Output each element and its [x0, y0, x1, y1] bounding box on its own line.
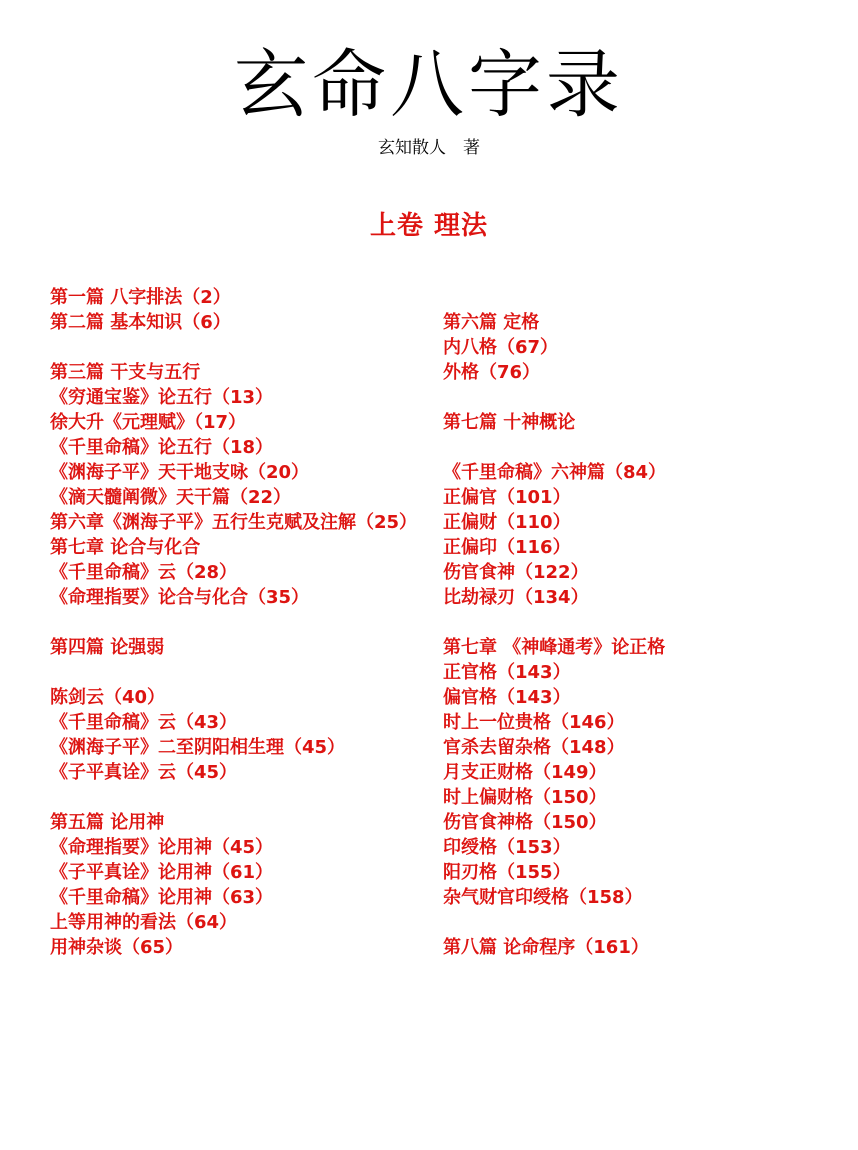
- toc-entry: 第七篇 十神概论: [443, 410, 843, 435]
- document-page: 玄命八字录 玄知散人 著 上卷 理法 第一篇 八字排法（2）第二篇 基本知识（6…: [0, 0, 858, 1150]
- toc-entry: 《千里命稿》论用神（63）: [50, 885, 450, 910]
- toc-blank-line: [50, 785, 450, 810]
- toc-blank-line: [443, 285, 843, 310]
- toc-entry: 用神杂谈（65）: [50, 935, 450, 960]
- toc-entry: 时上偏财格（150）: [443, 785, 843, 810]
- toc-entry: 《渊海子平》二至阴阳相生理（45）: [50, 735, 450, 760]
- toc-entry: 《渊海子平》天干地支咏（20）: [50, 460, 450, 485]
- toc-entry: 印绶格（153）: [443, 835, 843, 860]
- toc-entry: 正偏财（110）: [443, 510, 843, 535]
- toc-entry: 外格（76）: [443, 360, 843, 385]
- toc-blank-line: [443, 435, 843, 460]
- toc-blank-line: [50, 610, 450, 635]
- toc-entry: 偏官格（143）: [443, 685, 843, 710]
- volume-heading: 上卷 理法: [0, 206, 858, 246]
- toc-entry: 正偏印（116）: [443, 535, 843, 560]
- toc-entry: 比劫禄刃（134）: [443, 585, 843, 610]
- toc-blank-line: [50, 335, 450, 360]
- toc-entry: 第七章 论合与化合: [50, 535, 450, 560]
- toc-column-right: 第六篇 定格内八格（67）外格（76） 第七篇 十神概论 《千里命稿》六神篇（8…: [443, 285, 843, 960]
- toc-blank-line: [443, 610, 843, 635]
- toc-entry: 《子平真诠》论用神（61）: [50, 860, 450, 885]
- toc-entry: 《命理指要》论用神（45）: [50, 835, 450, 860]
- toc-entry: 时上一位贵格（146）: [443, 710, 843, 735]
- toc-entry: 月支正财格（149）: [443, 760, 843, 785]
- toc-entry: 内八格（67）: [443, 335, 843, 360]
- toc-entry: 第七章 《神峰通考》论正格: [443, 635, 843, 660]
- toc-entry: 第六篇 定格: [443, 310, 843, 335]
- toc-entry: 第一篇 八字排法（2）: [50, 285, 450, 310]
- toc-entry: 徐大升《元理赋》（17）: [50, 410, 450, 435]
- toc-entry: 第四篇 论强弱: [50, 635, 450, 660]
- toc-entry: 《子平真诠》云（45）: [50, 760, 450, 785]
- author-line: 玄知散人 著: [0, 134, 858, 162]
- toc-entry: 杂气财官印绶格（158）: [443, 885, 843, 910]
- book-title: 玄命八字录: [0, 34, 858, 136]
- toc-blank-line: [443, 385, 843, 410]
- toc-blank-line: [50, 660, 450, 685]
- toc-entry: 《命理指要》论合与化合（35）: [50, 585, 450, 610]
- toc-entry: 第三篇 干支与五行: [50, 360, 450, 385]
- toc-column-left: 第一篇 八字排法（2）第二篇 基本知识（6） 第三篇 干支与五行《穷通宝鉴》论五…: [50, 285, 450, 960]
- toc-entry: 阳刃格（155）: [443, 860, 843, 885]
- toc-entry: 《千里命稿》云（43）: [50, 710, 450, 735]
- toc-entry: 正官格（143）: [443, 660, 843, 685]
- toc-entry: 《穷通宝鉴》论五行（13）: [50, 385, 450, 410]
- toc-entry: 第六章《渊海子平》五行生克赋及注解（25）: [50, 510, 450, 535]
- toc-entry: 官杀去留杂格（148）: [443, 735, 843, 760]
- toc-entry: 《千里命稿》六神篇（84）: [443, 460, 843, 485]
- toc-entry: 正偏官（101）: [443, 485, 843, 510]
- toc-entry: 第八篇 论命程序（161）: [443, 935, 843, 960]
- toc-entry: 陈剑云（40）: [50, 685, 450, 710]
- toc-entry: 第二篇 基本知识（6）: [50, 310, 450, 335]
- toc-entry: 伤官食神（122）: [443, 560, 843, 585]
- toc-entry: 《千里命稿》论五行（18）: [50, 435, 450, 460]
- toc-blank-line: [443, 910, 843, 935]
- toc-entry: 《滴天髓阐微》天干篇（22）: [50, 485, 450, 510]
- toc-entry: 《千里命稿》云（28）: [50, 560, 450, 585]
- toc-entry: 上等用神的看法（64）: [50, 910, 450, 935]
- toc-entry: 伤官食神格（150）: [443, 810, 843, 835]
- toc-entry: 第五篇 论用神: [50, 810, 450, 835]
